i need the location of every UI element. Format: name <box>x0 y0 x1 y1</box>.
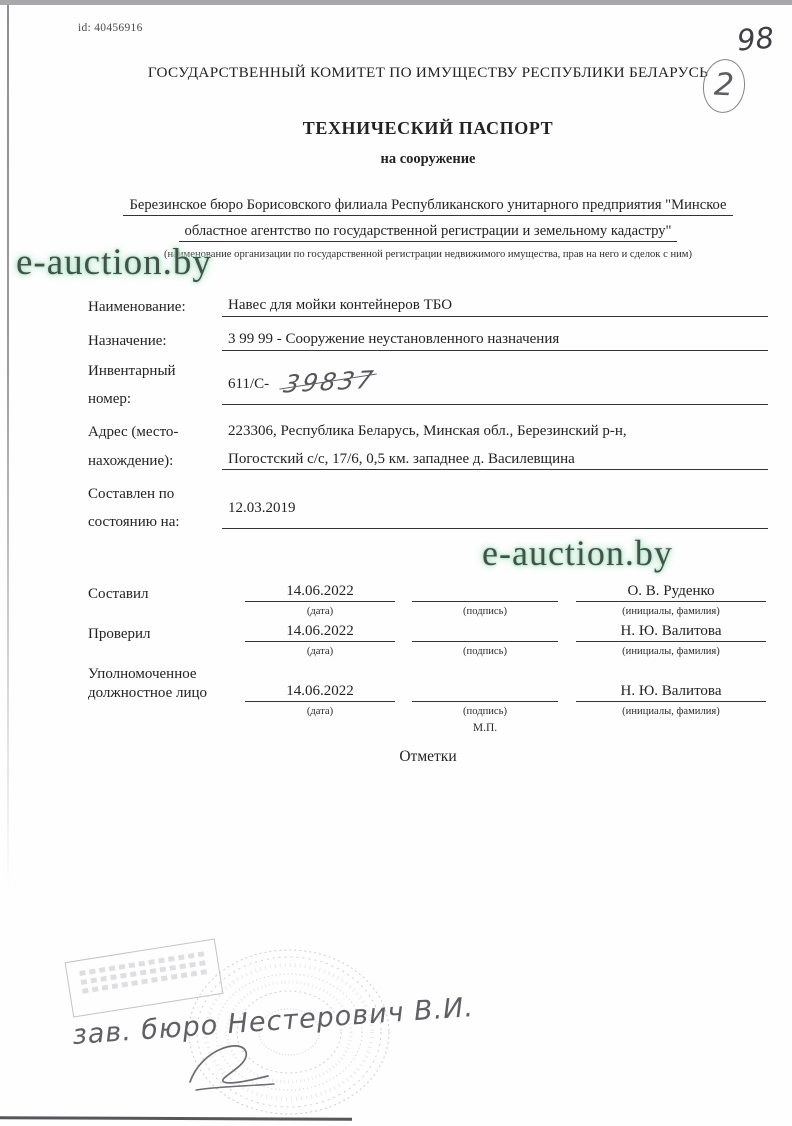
compiled-as-of-label-line1: Составлен по <box>88 486 174 503</box>
date-caption: (дата) <box>245 606 395 617</box>
checker-date: 14.06.2022 <box>245 623 395 642</box>
handwritten-signature <box>172 1038 302 1100</box>
address-field-label-line2: нахождение): <box>88 453 173 470</box>
committee-header: ГОСУДАРСТВЕННЫЙ КОМИТЕТ ПО ИМУЩЕСТВУ РЕС… <box>88 64 768 82</box>
compiler-role-label: Составил <box>88 586 149 603</box>
compiled-as-of-label-line2: состоянию на: <box>88 514 180 531</box>
sheet-number-handwritten: 2 <box>713 60 735 111</box>
page-number-handwritten: 98 <box>736 20 776 57</box>
official-role-label-line1: Уполномоченное <box>88 666 197 683</box>
organization-line-1-text: Березинское бюро Борисовского филиала Ре… <box>123 197 732 216</box>
signature-caption: (подпись) <box>412 706 558 717</box>
passport-subtitle: на сооружение <box>88 151 768 168</box>
signature-caption: (подпись) <box>412 646 558 657</box>
watermark-middle: e-auction.by <box>482 532 673 574</box>
official-role-label-line2: должностное лицо <box>88 685 207 702</box>
official-signature-line <box>412 683 558 702</box>
compiler-date: 14.06.2022 <box>245 583 395 602</box>
checker-signature-line <box>412 623 558 642</box>
checker-name: Н. Ю. Валитова <box>576 623 766 642</box>
address-field-label-line1: Адрес (место- <box>88 424 178 441</box>
passport-title: ТЕХНИЧЕСКИЙ ПАСПОРТ <box>88 118 768 139</box>
address-value-line2: Погостский с/с, 17/6, 0,5 км. западнее д… <box>222 451 768 470</box>
organization-line-1: Березинское бюро Борисовского филиала Ре… <box>88 197 768 214</box>
name-field-value: Навес для мойки контейнеров ТБО <box>222 297 768 317</box>
watermark-top: e-auction.by <box>16 241 212 284</box>
organization-line-2: областное агентство по государственной р… <box>88 223 768 240</box>
purpose-field-value: 3 99 99 - Сооружение неустановленного на… <box>222 331 768 351</box>
marks-section-heading: Отметки <box>88 748 768 766</box>
address-value-line1: 223306, Республика Беларусь, Минская обл… <box>222 423 768 440</box>
compiler-name: О. В. Руденко <box>576 583 766 602</box>
signature-caption: (подпись) <box>412 606 558 617</box>
organization-line-2-text: областное агентство по государственной р… <box>179 223 678 242</box>
date-caption: (дата) <box>245 646 395 657</box>
scan-id-label: id: 40456916 <box>78 22 143 34</box>
inventory-field-label-line2: номер: <box>88 391 131 408</box>
name-caption: (инициалы, фамилия) <box>576 606 766 617</box>
name-caption: (инициалы, фамилия) <box>576 706 766 717</box>
inventory-field-label-line1: Инвентарный <box>88 363 176 380</box>
official-name: Н. Ю. Валитова <box>576 683 766 702</box>
scan-edge-left <box>7 5 9 890</box>
name-field-label: Наименование: <box>88 299 186 316</box>
compiler-signature-line <box>412 583 558 602</box>
purpose-field-label: Назначение: <box>88 333 167 350</box>
inventory-field-underline <box>222 385 768 405</box>
compiled-as-of-underline <box>222 509 768 529</box>
scan-edge-top <box>0 0 792 5</box>
scanned-document-page: id: 40456916 98 ГОСУДАРСТВЕННЫЙ КОМИТЕТ … <box>0 0 792 1126</box>
stamp-place-label: М.П. <box>412 722 558 734</box>
date-caption: (дата) <box>245 706 395 717</box>
official-date: 14.06.2022 <box>245 683 395 702</box>
checker-role-label: Проверил <box>88 626 151 643</box>
name-caption: (инициалы, фамилия) <box>576 646 766 657</box>
